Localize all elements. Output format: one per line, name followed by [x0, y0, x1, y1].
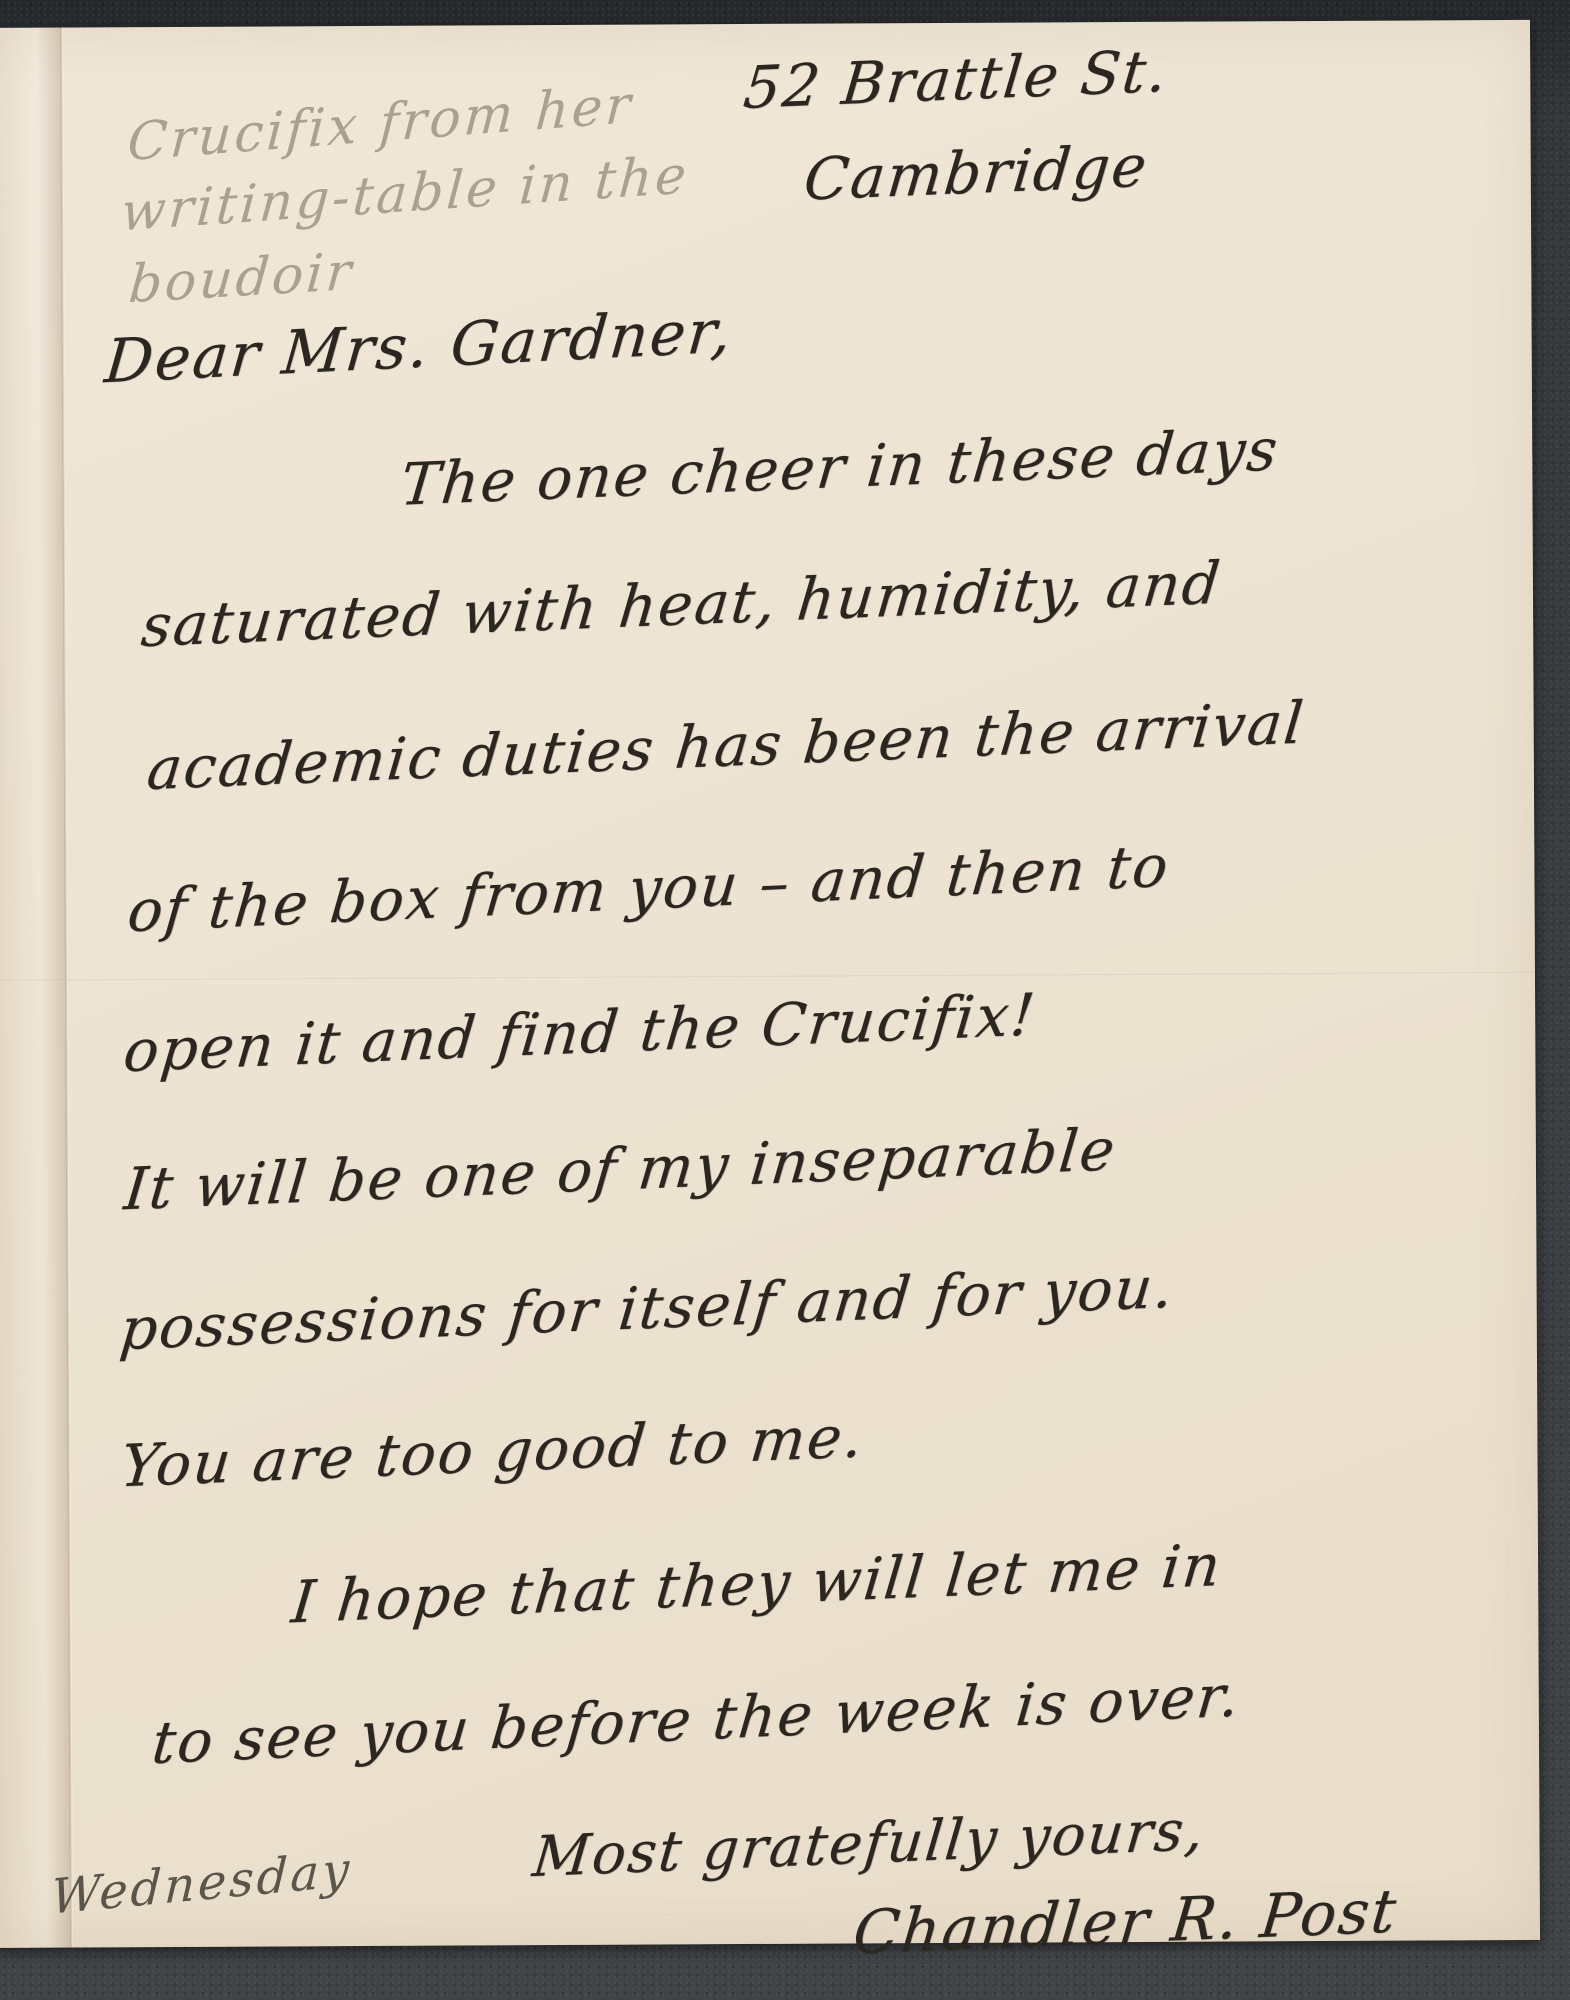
docket-day: Wednesday — [50, 1841, 353, 1925]
body-line-9: I hope that they will let me in — [288, 1531, 1225, 1637]
address-line-1: 52 Brattle St. — [741, 37, 1172, 122]
body-line-5: open it and find the Crucifix! — [121, 980, 1040, 1085]
salutation: Dear Mrs. Gardner, — [102, 296, 736, 397]
letter-page: 52 Brattle St. Cambridge Crucifix from h… — [0, 20, 1540, 1948]
body-line-1: The one cheer in these days — [398, 415, 1283, 519]
body-line-8: You are too good to me. — [118, 1402, 868, 1500]
address-line-2: Cambridge — [801, 132, 1151, 214]
letter-photograph: 52 Brattle St. Cambridge Crucifix from h… — [0, 0, 1570, 2000]
body-line-2: saturated with heat, humidity, and — [138, 548, 1224, 660]
body-line-7: possessions for itself and for you. — [117, 1253, 1178, 1364]
body-line-4: of the box from you – and then to — [125, 831, 1173, 945]
body-line-6: It will be one of my inseparable — [121, 1115, 1119, 1223]
pencil-note-line-3: boudoir — [127, 242, 357, 315]
body-line-10: to see you before the week is over. — [149, 1661, 1244, 1777]
closing: Most gratefully yours, — [530, 1798, 1209, 1890]
fold-strip — [0, 28, 70, 1948]
horizontal-crease — [0, 972, 1535, 982]
body-line-3: academic duties has been the arrival — [144, 688, 1308, 803]
signature: Chandler R. Post — [850, 1876, 1401, 1968]
